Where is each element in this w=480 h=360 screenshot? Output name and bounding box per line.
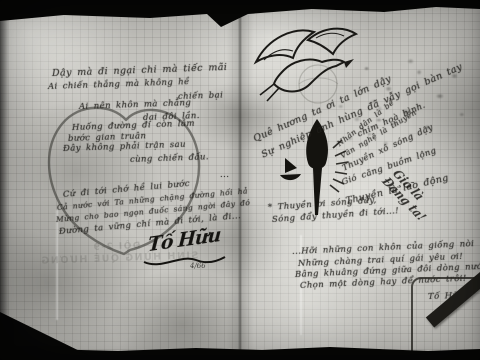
sailboat-doodle-icon [279,156,303,184]
signature-flourish [142,252,227,270]
ellipsis-mark: ... [220,170,229,180]
photo-of-notebook: { "photo": { "description": "black-and-w… [0,0,480,360]
photo-left-edge-shadow [0,0,9,360]
signature-date-mark: 4/66 [190,262,206,270]
